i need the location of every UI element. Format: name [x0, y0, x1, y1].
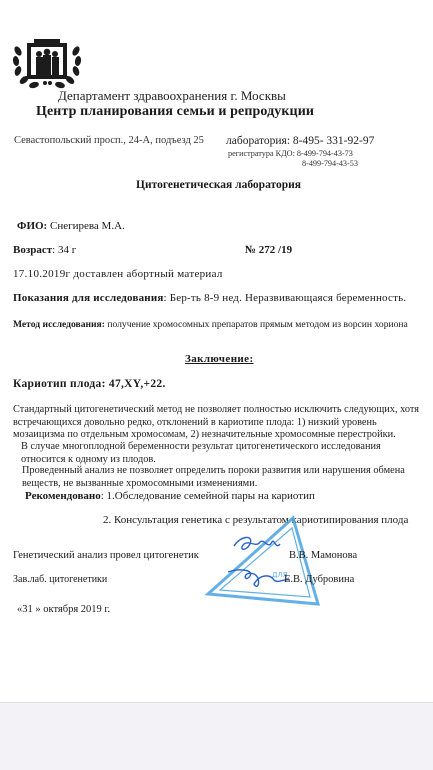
patient-fio: ФИО: Снегирева М.А.	[17, 220, 125, 232]
head-label: Зав.лаб. цитогенетики	[13, 574, 107, 585]
registry-phone: регистратура КДО: 8-499-794-43-73	[228, 149, 353, 158]
conclusion-title: Заключение:	[185, 353, 254, 365]
report-number: № 272 /19	[245, 244, 292, 256]
fio-value: Снегирева М.А.	[47, 220, 125, 232]
age-label: Возраст	[13, 244, 52, 256]
indications-value: : Бер-ть 8-9 нед. Неразвивающаяся береме…	[164, 292, 407, 304]
center-name: Центр планирования семьи и репродукции	[36, 104, 314, 120]
patient-age: Возраст: 34 г	[13, 244, 76, 256]
document-page: Департамент здравоохранения г. Москвы Це…	[0, 0, 433, 703]
method-label: Метод исследования:	[13, 319, 105, 330]
address: Севастопольский просп., 24-А, подъезд 25	[14, 135, 204, 146]
conclusion-paragraph-1: Стандартный цитогенетический метод не по…	[13, 404, 423, 442]
analyst-name: В.В. Мамонова	[289, 550, 357, 561]
recommended-label: Рекомендовано	[25, 490, 101, 502]
analyst-label: Генетический анализ провел цитогенетик	[13, 550, 199, 561]
department-name: Департамент здравоохранения г. Москвы	[58, 88, 286, 104]
triangle-stamp-icon: ДЛЯ	[198, 512, 323, 612]
method: Метод исследования: получение хромосомны…	[13, 318, 408, 331]
registry-phone-2: 8-499-794-43-53	[302, 159, 358, 168]
recommended-text-1: : 1.Обследование семейной пары на кариот…	[101, 490, 315, 502]
material-delivered: 17.10.2019г доставлен абортный материал	[13, 268, 223, 280]
fio-label: ФИО:	[17, 220, 47, 232]
indications: Показания для исследования: Бер-ть 8-9 н…	[13, 292, 406, 304]
age-value: : 34 г	[52, 244, 76, 256]
indications-label: Показания для исследования	[13, 292, 164, 304]
conclusion-paragraph-2: В случае многоплодной беременности резул…	[13, 441, 421, 466]
head-name: Е.В. Дубровина	[284, 574, 354, 585]
family-laurel-wreath-logo-icon	[12, 37, 82, 89]
conclusion-paragraph-3: Проведенный анализ не позволяет определи…	[13, 465, 422, 490]
method-value: получение хромосомных препаратов прямым …	[105, 319, 408, 330]
lab-phone: лаборатория: 8-495- 331-92-97	[226, 135, 374, 147]
document-date: «31 » октября 2019 г.	[17, 604, 110, 615]
lab-title: Цитогенетическая лаборатория	[136, 179, 301, 191]
recommended-item-1: Рекомендовано: 1.Обследование семейной п…	[25, 490, 315, 502]
karyotype-result: Кариотип плода: 47,XY,+22.	[13, 378, 166, 390]
